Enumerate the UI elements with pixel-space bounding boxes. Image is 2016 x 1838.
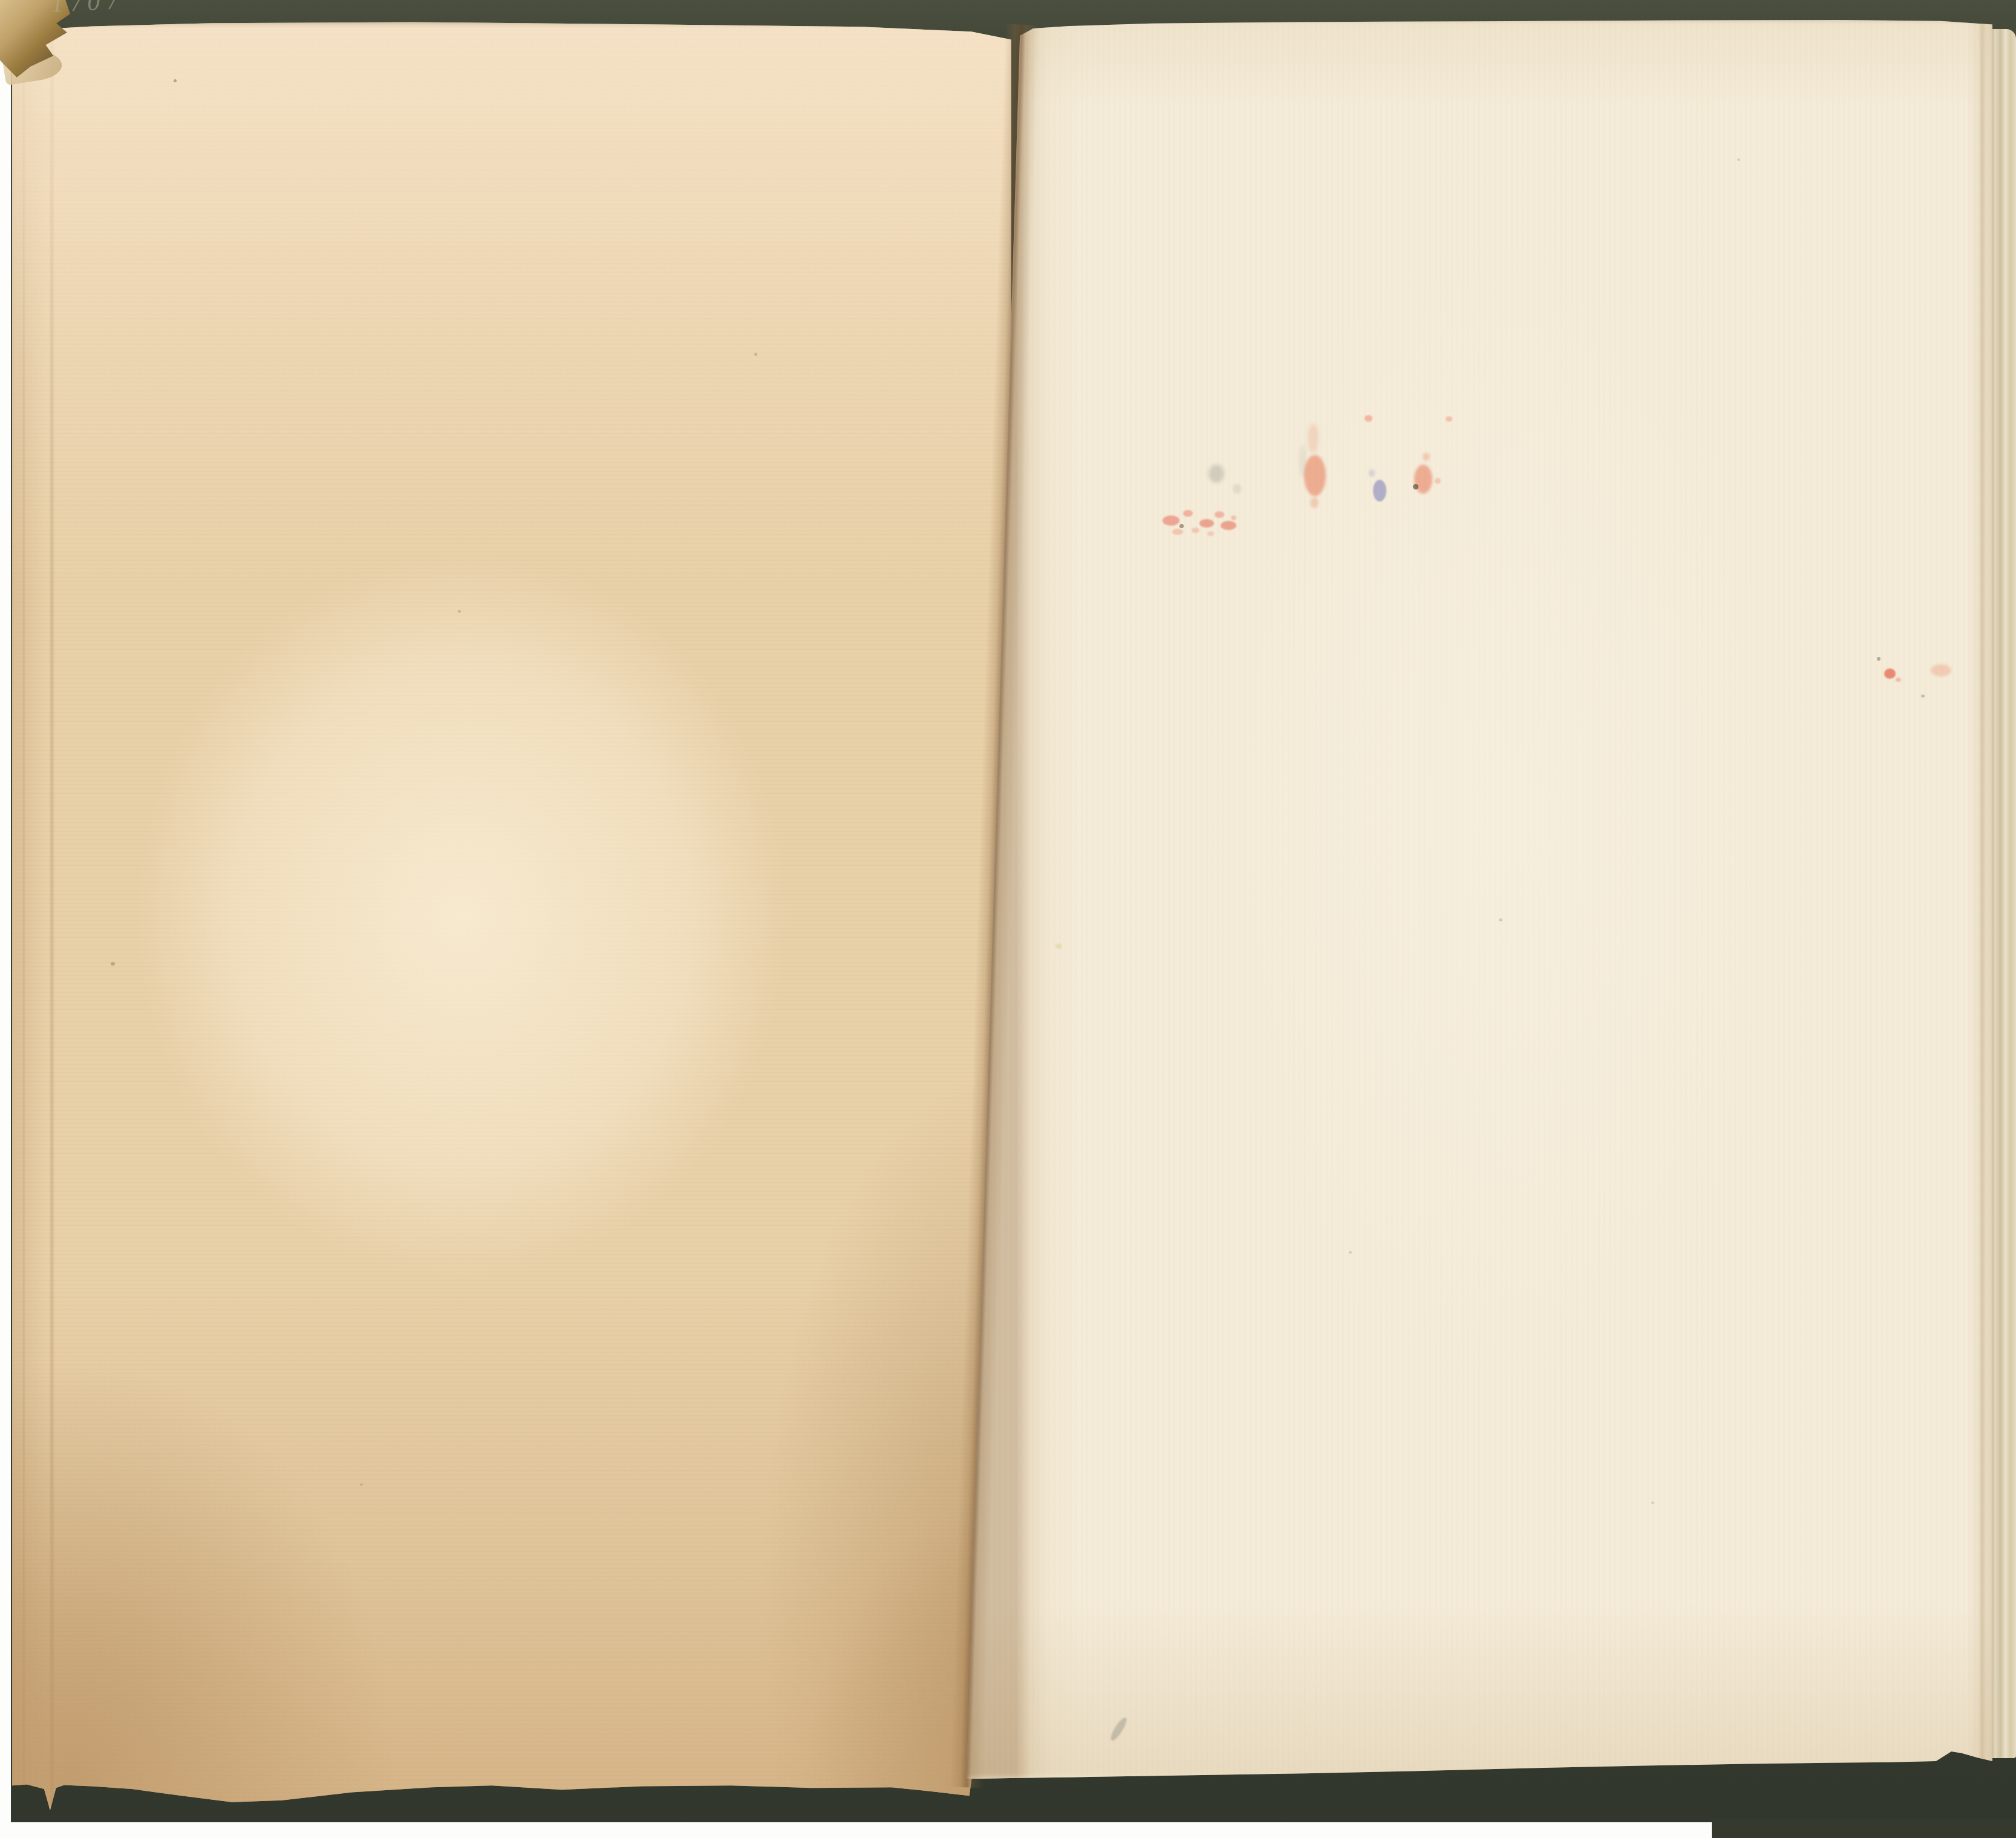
- fore-edge-pages: [1990, 29, 2016, 1758]
- book-cover-bottom-corner: [1712, 1819, 2016, 1838]
- scan-background: 1707: [0, 0, 2016, 1838]
- right-page: [967, 18, 1992, 1779]
- left-page: [12, 22, 1011, 1810]
- spine-inscription: 1707: [50, 0, 123, 16]
